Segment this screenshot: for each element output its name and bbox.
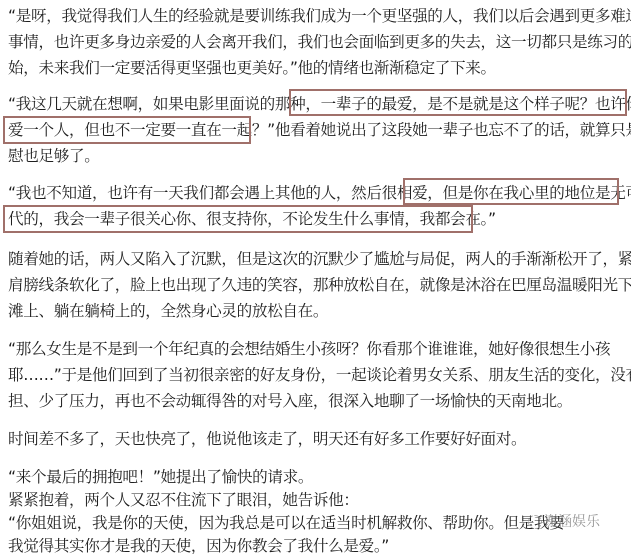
article-page: “是呀，我觉得我们人生的经验就是要训练我们成为一个更坚强的人，我们以后会遇到更多… (0, 0, 631, 554)
paragraph-7-line-2: 紧紧抱着，两个人又忍不住流下了眼泪，她告诉他： (8, 489, 359, 511)
wechat-circle-icon (528, 515, 542, 529)
paragraph-2-line-1: “我这几天就在想啊，如果电影里面说的那种，一辈子的最爱，是不是就是这个样子呢？也… (8, 93, 631, 115)
paragraph-4-line-3: 滩上、躺在躺椅上的，全然身心灵的放松自在。 (8, 300, 328, 322)
paragraph-1-line-3: 始，未来我们一定要活得更坚强也更美好。”他的情绪也渐渐稳定了下来。 (8, 57, 496, 79)
paragraph-3-line-1: “我也不知道，也许有一天我们都会遇上其他的人，然后很相爱，但是你在我心里的地位是… (8, 182, 631, 204)
watermark-text: 谢涵娱乐 (544, 513, 600, 531)
paragraph-5-line-1: “那么女生是不是到一个年纪真的会想结婚生小孩呀？你看那个谁谁谁，她好像很想生小孩 (8, 338, 610, 360)
paragraph-7-line-1: “来个最后的拥抱吧！”她提出了愉快的请求。 (8, 466, 313, 488)
paragraph-5-line-2: 耶……”于是他们回到了当初很亲密的好友身份，一起谈论着男女关系、朋友生活的变化，… (8, 364, 631, 386)
paragraph-5-line-3: 担、少了压力，再也不会动辄得咎的对号入座，很深入地聊了一场愉快的天南地北。 (8, 390, 572, 412)
paragraph-3-line-2: 代的，我会一辈子很关心你、很支持你，不论发生什么事情，我都会在。” (8, 208, 496, 230)
paragraph-2-line-2: 爱一个人，但也不一定要一直在一起？”他看着她说出了这段她一辈子也忘不了的话，就算… (8, 119, 631, 141)
paragraph-1-line-1: “是呀，我觉得我们人生的经验就是要训练我们成为一个更坚强的人，我们以后会遇到更多… (8, 5, 631, 27)
paragraph-1-line-2: 事情，也许更多身边亲爱的人会离开我们，我们也会面临到更多的失去，这一切都只是练习… (8, 31, 631, 53)
paragraph-4-line-1: 随着她的话，两人又陷入了沉默，但是这次的沉默少了尴尬与局促，两人的手渐渐松开了，… (8, 248, 631, 270)
paragraph-2-line-3: 慰也足够了。 (8, 145, 99, 167)
watermark: 谢涵娱乐 (528, 513, 600, 531)
paragraph-7-line-3: “你姐姐说，我是你的天使，因为我总是可以在适当时机解救你、帮助你。但是我要 (8, 512, 565, 534)
paragraph-7-line-4: 我觉得其实你才是我的天使，因为你教会了我什么是爱。” (8, 535, 389, 554)
paragraph-4-line-2: 肩膀线条软化了，脸上也出现了久违的笑容，那种放松自在，就像是沐浴在巴厘岛温暖阳光… (8, 274, 631, 296)
paragraph-6-line-1: 时间差不多了，天也快亮了，他说他该走了，明天还有好多工作要好好面对。 (8, 428, 526, 450)
